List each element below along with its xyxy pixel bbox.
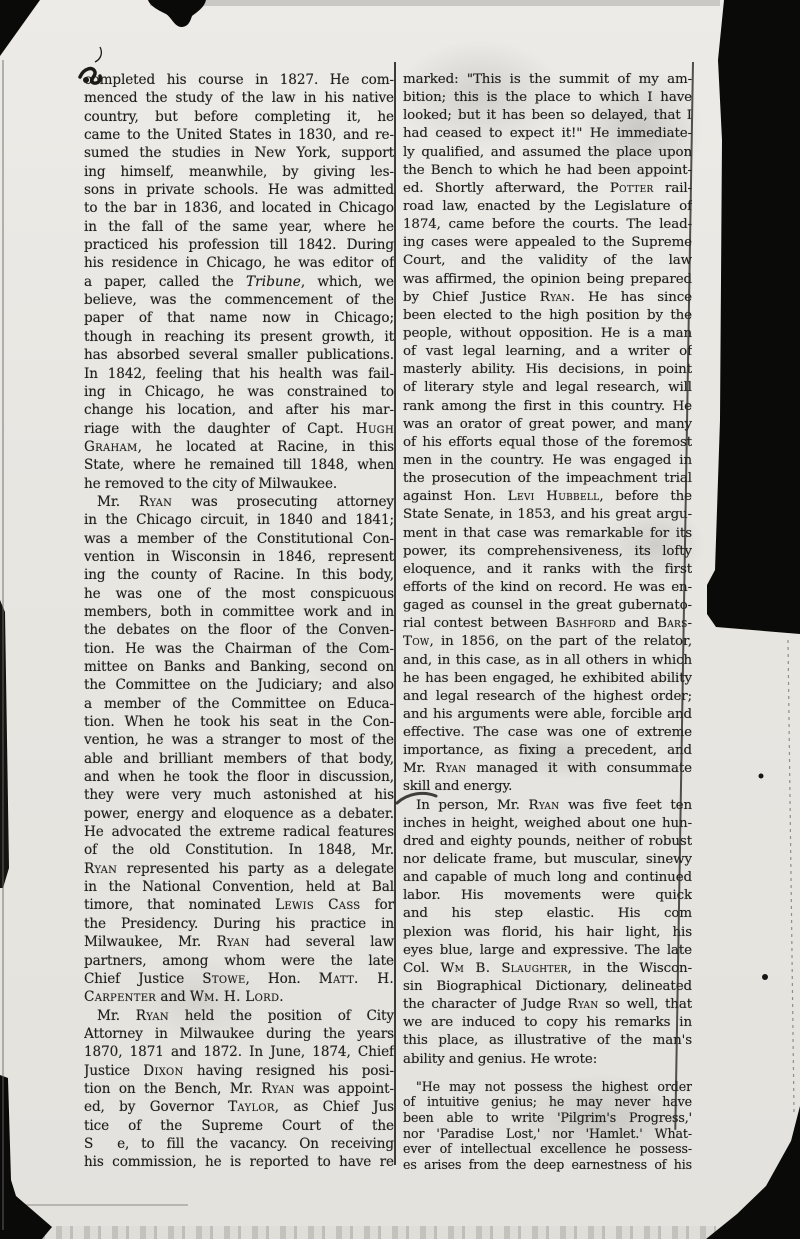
quote-paragraph: "He may not possess the highest orderof …	[403, 1079, 692, 1173]
text-line: Mr. Ryan held the position of City	[84, 1007, 394, 1025]
paragraph: Mr. Ryan was prosecuting attorneyin the …	[84, 493, 394, 1007]
text-line: State, where he remained till 1848, when	[84, 456, 394, 474]
text-line: dred and eighty pounds, neither of robus…	[403, 833, 692, 851]
text-line: we are induced to copy his remarks in	[403, 1014, 692, 1032]
text-line: paper of that name now in Chicago;	[84, 309, 394, 327]
text-line: a member of the Committee on Educa-	[84, 695, 394, 713]
text-line: ever of intellectual excellence he posse…	[403, 1141, 692, 1157]
text-line: the Presidency. During his practice in	[84, 915, 394, 933]
column-divider-rule	[394, 62, 396, 1165]
text-line: people, without opposition. He is a man	[403, 325, 692, 343]
paper-bottom-edge-shadow	[0, 1226, 716, 1239]
paragraph: Mr. Ryan held the position of CityAttorn…	[84, 1007, 394, 1172]
text-line: riage with the daughter of Capt. Hugh	[84, 420, 394, 438]
text-line: vention, he was a stranger to most of th…	[84, 731, 394, 749]
text-line: came to the United States in 1830, and r…	[84, 126, 394, 144]
text-line: Carpenter and Wm. H. Lord.	[84, 988, 394, 1006]
text-line: es arises from the deep earnestness of h…	[403, 1157, 692, 1173]
text-line: nor 'Paradise Lost,' nor 'Hamlet.' What-	[403, 1126, 692, 1142]
text-line: and when he took the floor in discussion…	[84, 768, 394, 786]
text-line: and his arguments were able, forcible an…	[403, 706, 692, 724]
text-line: to the bar in 1836, and located in Chica…	[84, 199, 394, 217]
text-line: a paper, called the Tribune, which, we	[84, 273, 394, 291]
text-line: the Committee on the Judiciary; and also	[84, 676, 394, 694]
text-line: completed his course in 1827. He com-	[84, 71, 394, 89]
text-line: tion on the Bench, Mr. Ryan was appoint-	[84, 1080, 394, 1098]
text-line: ing the county of Racine. In this body,	[84, 566, 394, 584]
text-line: been elected to the high position by the	[403, 307, 692, 325]
text-line: change his location, and after his mar-	[84, 401, 394, 419]
text-line: effective. The case was one of extreme	[403, 724, 692, 742]
text-line: the prosecution of the impeachment trial	[403, 470, 692, 488]
text-line: and his step elastic. His com	[403, 905, 692, 923]
text-line: He advocated the extreme radical feature…	[84, 823, 394, 841]
text-line: skill and energy.	[403, 778, 692, 796]
text-line: tion. When he took his seat in the Con-	[84, 713, 394, 731]
paragraph: marked: "This is the summit of my am-bit…	[403, 71, 692, 797]
text-line: and legal research of the highest order;	[403, 688, 692, 706]
text-line: inches in height, weighed about one hun-	[403, 815, 692, 833]
text-line: importance, as fixing a precedent, and	[403, 742, 692, 760]
text-line: Milwaukee, Mr. Ryan had several law	[84, 933, 394, 951]
text-line: ability and genius. He wrote:	[403, 1051, 692, 1069]
text-line: menced the study of the law in his nativ…	[84, 89, 394, 107]
text-line: of vast legal learning, and a writer of	[403, 343, 692, 361]
text-line: been able to write 'Pilgrim's Progress,'	[403, 1110, 692, 1126]
text-line: the Bench to which he had been appoint-	[403, 162, 692, 180]
text-line: of his efforts equal those of the foremo…	[403, 434, 692, 452]
text-line: efforts of the kind on record. He was en…	[403, 579, 692, 597]
text-line: tice of the Supreme Court of the	[84, 1117, 394, 1135]
text-line: and, in this case, as in all others in w…	[403, 652, 692, 670]
text-line: In person, Mr. Ryan was five feet ten	[403, 797, 692, 815]
text-line: against Hon. Levi Hubbell, before the	[403, 488, 692, 506]
text-line: timore, that nominated Lewis Cass for	[84, 896, 394, 914]
text-line: ment in that case was remarkable for its	[403, 525, 692, 543]
text-line: in the National Convention, held at Bal	[84, 878, 394, 896]
text-line: 1874, came before the courts. The lead-	[403, 216, 692, 234]
text-line: practiced his profession till 1842. Duri…	[84, 236, 394, 254]
text-line: In 1842, feeling that his health was fai…	[84, 365, 394, 383]
text-line: bition; this is the place to which I hav…	[403, 89, 692, 107]
paper-top-edge-shadow	[150, 0, 720, 6]
text-line: of the old Constitution. In 1848, Mr.	[84, 841, 394, 859]
text-line: of literary style and legal research, wi…	[403, 379, 692, 397]
text-line: Attorney in Milwaukee during the years	[84, 1025, 394, 1043]
text-line: 1870, 1871 and 1872. In June, 1874, Chie…	[84, 1043, 394, 1061]
text-line: in the Chicago circuit, in 1840 and 1841…	[84, 511, 394, 529]
text-line: labor. His movements were quick	[403, 887, 692, 905]
text-line: rank among the first in this country. He	[403, 398, 692, 416]
text-line: sumed the studies in New York, support	[84, 144, 394, 162]
text-line: in the fall of the same year, where he	[84, 218, 394, 236]
text-line: the character of Judge Ryan so well, tha…	[403, 996, 692, 1014]
text-line: able and brilliant members of that body,	[84, 750, 394, 768]
text-line: ing cases were appealed to the Supreme	[403, 234, 692, 252]
text-line: has absorbed several smaller publication…	[84, 346, 394, 364]
text-line: was affirmed, the opinion being prepared	[403, 271, 692, 289]
text-line: S e, to fill the vacancy. On receiving	[84, 1135, 394, 1153]
text-line: ed, by Governor Taylor, as Chief Jus	[84, 1098, 394, 1116]
text-line: by Chief Justice Ryan. He has since	[403, 289, 692, 307]
text-line: looked; but it has been so delayed, that…	[403, 107, 692, 125]
text-line: ing in Chicago, he was constrained to	[84, 383, 394, 401]
text-line: Tow, in 1856, on the part of the relator…	[403, 633, 692, 651]
text-line: Mr. Ryan managed it with consummate	[403, 760, 692, 778]
text-line: this place, as illustrative of the man's	[403, 1032, 692, 1050]
text-line: Justice Dixon having resigned his posi-	[84, 1062, 394, 1080]
text-line: Graham, he located at Racine, in this	[84, 438, 394, 456]
text-line: power, its comprehensiveness, its lofty	[403, 543, 692, 561]
text-line: and capable of much long and continued	[403, 869, 692, 887]
text-line: sin Biographical Dictionary, delineated	[403, 978, 692, 996]
text-line: was a member of the Constitutional Con-	[84, 530, 394, 548]
text-line: "He may not possess the highest order	[403, 1079, 692, 1095]
text-line: State Senate, in 1853, and his great arg…	[403, 506, 692, 524]
text-line: rial contest between Bashford and Bars-	[403, 615, 692, 633]
text-line: men in the country. He was engaged in	[403, 452, 692, 470]
paragraph: In person, Mr. Ryan was five feet teninc…	[403, 797, 692, 1069]
text-line: Court, and the validity of the law	[403, 252, 692, 270]
text-line: tion. He was the Chairman of the Com-	[84, 640, 394, 658]
text-line: he removed to the city of Milwaukee.	[84, 475, 394, 493]
text-line: his commission, he is reported to have r…	[84, 1153, 394, 1171]
paper-crease-line	[8, 1204, 188, 1206]
text-line: power, energy and eloquence as a debater…	[84, 805, 394, 823]
text-line: masterly ability. His decisions, in poin…	[403, 361, 692, 379]
text-line: eyes blue, large and expressive. The lat…	[403, 942, 692, 960]
text-line: mittee on Banks and Banking, second on	[84, 658, 394, 676]
text-line: he has been engaged, he exhibited abilit…	[403, 670, 692, 688]
text-line: though in reaching its present growth, i…	[84, 328, 394, 346]
text-line: was an orator of great power, and many	[403, 416, 692, 434]
text-line: ed. Shortly afterward, the Potter rail-	[403, 180, 692, 198]
text-line: gaged as counsel in the great gubernato-	[403, 597, 692, 615]
text-line: ing himself, meanwhile, by giving les-	[84, 163, 394, 181]
text-line: the debates on the floor of the Conven-	[84, 621, 394, 639]
text-line: road law, enacted by the Legislature of	[403, 198, 692, 216]
text-line: he was one of the most conspicuous	[84, 585, 394, 603]
text-line: members, both in committee work and in	[84, 603, 394, 621]
text-line: Chief Justice Stowe, Hon. Matt. H.	[84, 970, 394, 988]
text-line: nor delicate frame, but muscular, sinewy	[403, 851, 692, 869]
text-line: plexion was florid, his hair light, his	[403, 924, 692, 942]
text-line: Mr. Ryan was prosecuting attorney	[84, 493, 394, 511]
scanned-newspaper-page: completed his course in 1827. He com-men…	[0, 0, 800, 1239]
text-line: vention in Wisconsin in 1846, represent	[84, 548, 394, 566]
column-left: completed his course in 1827. He com-men…	[84, 71, 394, 1172]
text-line: they were very much astonished at his	[84, 786, 394, 804]
text-line: country, but before completing it, he	[84, 108, 394, 126]
text-line: Col. Wm B. Slaughter, in the Wiscon-	[403, 960, 692, 978]
text-line: Ryan represented his party as a delegate	[84, 860, 394, 878]
text-line: sons in private schools. He was admitted	[84, 181, 394, 199]
text-line: had ceased to expect it!" He immediate-	[403, 125, 692, 143]
text-line: eloquence, and it ranks with the first	[403, 561, 692, 579]
column-right: marked: "This is the summit of my am-bit…	[403, 71, 692, 1172]
text-line: his residence in Chicago, he was editor …	[84, 254, 394, 272]
text-line: believe, was the commencement of the	[84, 291, 394, 309]
text-line: partners, among whom were the late	[84, 952, 394, 970]
text-line: ly qualified, and assumed the place upon	[403, 144, 692, 162]
text-line: of intuitive genius; he may never have	[403, 1094, 692, 1110]
paragraph: completed his course in 1827. He com-men…	[84, 71, 394, 493]
text-line: marked: "This is the summit of my am-	[403, 71, 692, 89]
